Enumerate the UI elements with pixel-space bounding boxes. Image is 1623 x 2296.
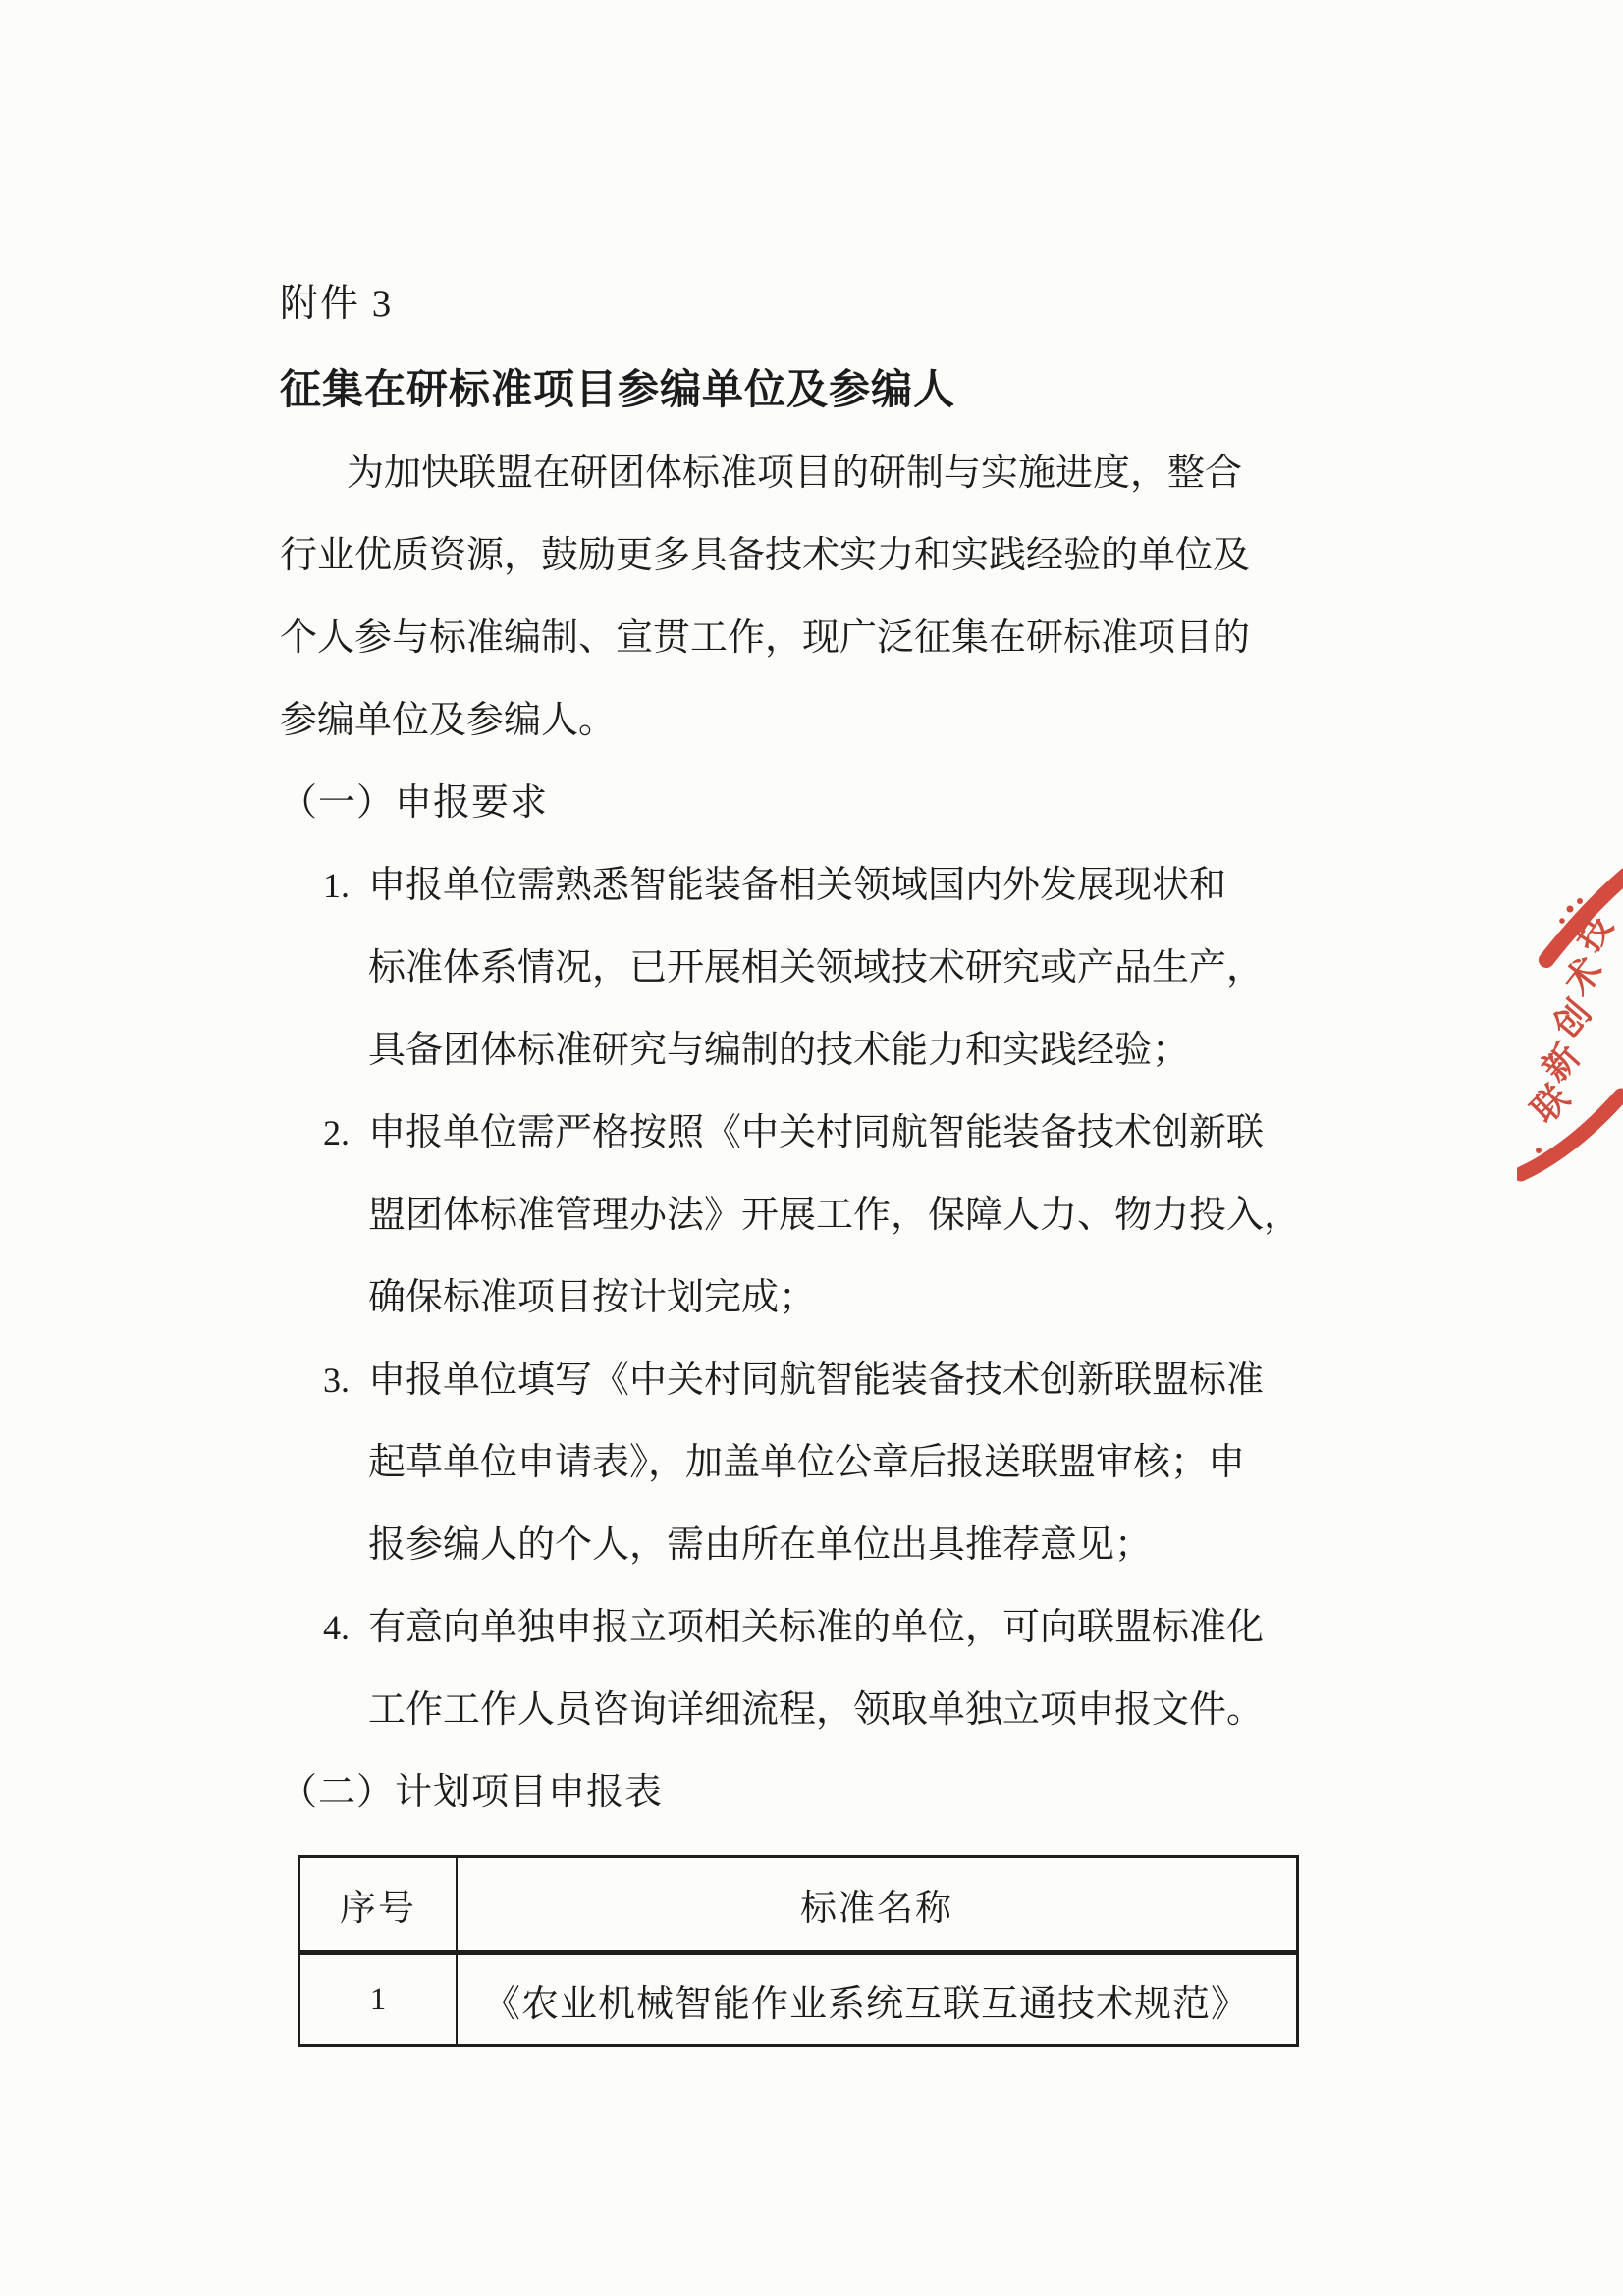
item-line: 报参编人的个人，需由所在单位出具推荐意见； [368,1504,1301,1586]
intro-line: 个人参与标准编制、宣贯工作，现广泛征集在研标准项目的 [280,597,1301,679]
item-number: 2. [323,1092,350,1174]
seal-arc-top [1546,870,1623,960]
item-line: 工作工作人员咨询详细流程，领取单独立项申报文件。 [368,1669,1301,1751]
table-row: 1 《农业机械智能作业系统互联互通技术规范》 [299,1953,1298,2046]
item-line: 标准体系情况，已开展相关领域技术研究或产品生产， [368,927,1301,1009]
requirement-item-2: 2. 申报单位需严格按照《中关村同航智能装备技术创新联 盟团体标准管理办法》开展… [280,1092,1301,1339]
intro-paragraph: 为加快联盟在研团体标准项目的研制与实施进度，整合 行业优质资源，鼓励更多具备技术… [280,432,1301,762]
plan-table: 序号 标准名称 1 《农业机械智能作业系统互联互通技术规范》 [298,1855,1299,2047]
requirement-item-3: 3. 申报单位填写《中关村同航智能装备技术创新联盟标准 起草单位申请表》，加盖单… [280,1339,1301,1586]
seal-char: 术 [1557,950,1610,1002]
requirement-item-1: 1. 申报单位需熟悉智能装备相关领域国内外发展现状和 标准体系情况，已开展相关领… [280,844,1301,1092]
seal-char: 新 [1535,1037,1588,1090]
item-line: 有意向单独申报立项相关标准的单位，可向联盟标准化 [368,1586,1301,1669]
item-line: 确保标准项目按计划完成； [368,1256,1301,1339]
item-line: 申报单位需熟悉智能装备相关领域国内外发展现状和 [368,844,1301,927]
item-line: 申报单位需严格按照《中关村同航智能装备技术创新联 [368,1092,1301,1174]
section-heading-requirements: （一）申报要求 [280,762,1301,844]
item-line: 具备团体标准研究与编制的技术能力和实践经验； [368,1009,1301,1092]
intro-line: 为加快联盟在研团体标准项目的研制与实施进度，整合 [280,432,1301,514]
item-line: 申报单位填写《中关村同航智能装备技术创新联盟标准 [368,1339,1301,1421]
seal-char: 联 [1524,1078,1577,1131]
section-heading-plan-table: （二）计划项目申报表 [280,1751,1301,1834]
seal-char: 技 [1568,907,1620,958]
table-header-row: 序号 标准名称 [299,1857,1298,1953]
document-content: 附件 3 征集在研标准项目参编单位及参编人 为加快联盟在研团体标准项目的研制与实… [280,263,1301,2047]
cell-serial-number: 1 [299,1953,458,2046]
table-header-cell-name: 标准名称 [457,1857,1298,1953]
document-title: 征集在研标准项目参编单位及参编人 [280,349,1301,432]
red-seal-fragment: 技 术 创 新 联 [1517,864,1623,1192]
requirement-item-4: 4. 有意向单独申报立项相关标准的单位，可向联盟标准化 工作工作人员咨询详细流程… [280,1586,1301,1751]
cell-standard-name: 《农业机械智能作业系统互联互通技术规范》 [457,1953,1298,2046]
item-line: 起草单位申请表》，加盖单位公章后报送联盟审核；申 [368,1421,1301,1504]
item-line: 盟团体标准管理办法》开展工作，保障人力、物力投入， [368,1174,1301,1256]
table-header-cell-num: 序号 [299,1857,458,1953]
item-number: 4. [323,1586,350,1669]
item-number: 1. [323,844,350,927]
document-page: 附件 3 征集在研标准项目参编单位及参编人 为加快联盟在研团体标准项目的研制与实… [0,0,1623,2296]
attachment-label: 附件 3 [280,263,1301,346]
intro-line: 参编单位及参编人。 [280,679,1301,762]
requirements-list: 1. 申报单位需熟悉智能装备相关领域国内外发展现状和 标准体系情况，已开展相关领… [280,844,1301,1751]
item-number: 3. [323,1339,350,1421]
intro-line: 行业优质资源，鼓励更多具备技术实力和实践经验的单位及 [280,514,1301,597]
seal-char: 创 [1545,993,1598,1045]
seal-arc-bottom [1521,1095,1621,1174]
